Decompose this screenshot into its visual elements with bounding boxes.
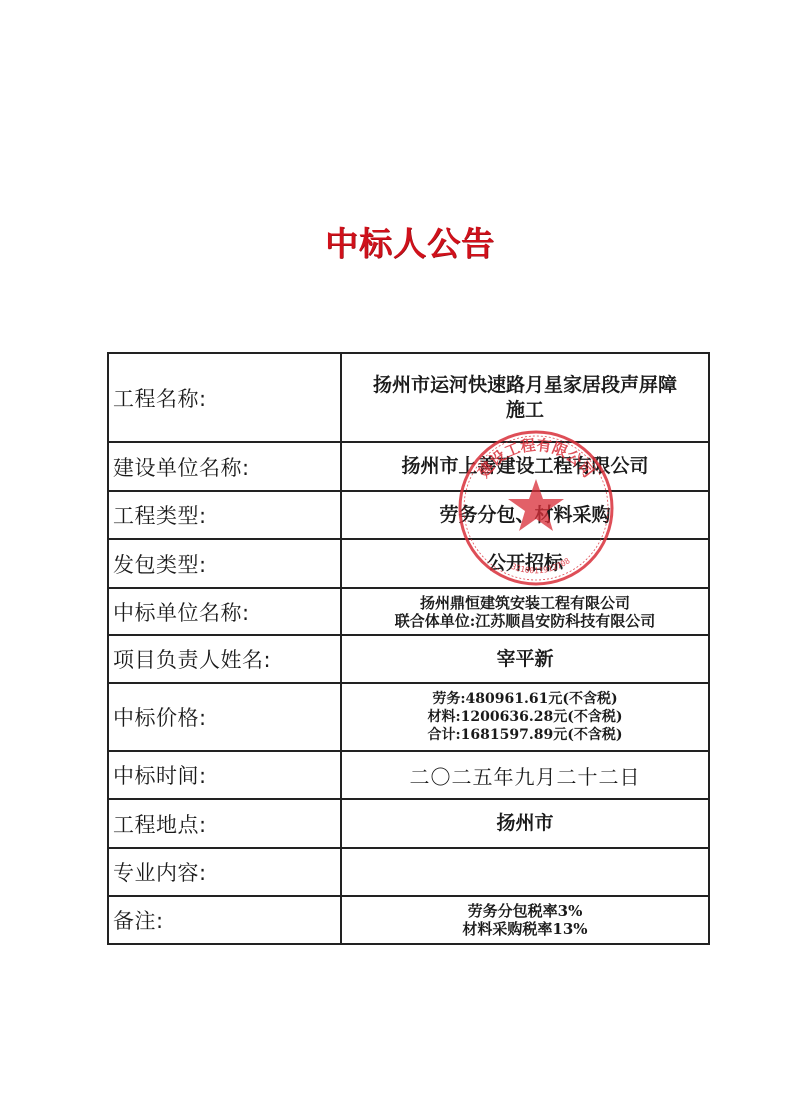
value-winning-bidder: 扬州鼎恒建筑安装工程有限公司 联合体单位:江苏顺昌安防科技有限公司 <box>341 588 709 635</box>
table-row-project-manager: 项目负责人姓名: 宰平新 <box>108 635 709 683</box>
value-line: 施工 <box>342 398 708 423</box>
value-contract-type: 公开招标 <box>341 539 709 588</box>
label-contract-type: 发包类型: <box>108 539 341 588</box>
value-line: 材料采购税率13% <box>342 920 708 938</box>
label-project-type: 工程类型: <box>108 491 341 539</box>
label-project-name: 工程名称: <box>108 353 341 442</box>
label-award-date: 中标时间: <box>108 751 341 799</box>
value-line: 劳务分包税率3% <box>342 902 708 920</box>
value-line: 合计:1681597.89元(不含税) <box>342 726 708 744</box>
table-row-award-date: 中标时间: 二〇二五年九月二十二日 <box>108 751 709 799</box>
value-project-name: 扬州市运河快速路月星家居段声屏障 施工 <box>341 353 709 442</box>
value-line: 公开招标 <box>342 551 708 576</box>
table-row-project-name: 工程名称: 扬州市运河快速路月星家居段声屏障 施工 <box>108 353 709 442</box>
table-row-winning-bidder: 中标单位名称: 扬州鼎恒建筑安装工程有限公司 联合体单位:江苏顺昌安防科技有限公… <box>108 588 709 635</box>
label-specialty: 专业内容: <box>108 848 341 896</box>
table-row-owner: 建设单位名称: 扬州市上善建设工程有限公司 <box>108 442 709 491</box>
value-line: 扬州市 <box>342 811 708 836</box>
value-remarks: 劳务分包税率3% 材料采购税率13% <box>341 896 709 944</box>
value-line: 劳务:480961.61元(不含税) <box>342 690 708 708</box>
value-line: 劳务分包、材料采购 <box>342 503 708 528</box>
table-row-location: 工程地点: 扬州市 <box>108 799 709 848</box>
label-winning-bidder: 中标单位名称: <box>108 588 341 635</box>
value-owner: 扬州市上善建设工程有限公司 <box>341 442 709 491</box>
label-owner: 建设单位名称: <box>108 442 341 491</box>
table-row-specialty: 专业内容: <box>108 848 709 896</box>
table-row-bid-price: 中标价格: 劳务:480961.61元(不含税) 材料:1200636.28元(… <box>108 683 709 751</box>
value-award-date: 二〇二五年九月二十二日 <box>341 751 709 799</box>
value-line: 材料:1200636.28元(不含税) <box>342 708 708 726</box>
label-remarks: 备注: <box>108 896 341 944</box>
label-location: 工程地点: <box>108 799 341 848</box>
value-line: 扬州市运河快速路月星家居段声屏障 <box>342 373 708 398</box>
table-row-project-type: 工程类型: 劳务分包、材料采购 <box>108 491 709 539</box>
value-bid-price: 劳务:480961.61元(不含税) 材料:1200636.28元(不含税) 合… <box>341 683 709 751</box>
table-row-remarks: 备注: 劳务分包税率3% 材料采购税率13% <box>108 896 709 944</box>
value-location: 扬州市 <box>341 799 709 848</box>
label-bid-price: 中标价格: <box>108 683 341 751</box>
announcement-table: 工程名称: 扬州市运河快速路月星家居段声屏障 施工 建设单位名称: 扬州市上善建… <box>107 352 710 945</box>
value-line: 二〇二五年九月二十二日 <box>342 761 708 790</box>
value-line: 扬州鼎恒建筑安装工程有限公司 <box>342 594 708 612</box>
page-title: 中标人公告 <box>0 218 799 265</box>
table-row-contract-type: 发包类型: 公开招标 <box>108 539 709 588</box>
value-project-type: 劳务分包、材料采购 <box>341 491 709 539</box>
label-project-manager: 项目负责人姓名: <box>108 635 341 683</box>
value-project-manager: 宰平新 <box>341 635 709 683</box>
value-specialty <box>341 848 709 896</box>
value-line: 联合体单位:江苏顺昌安防科技有限公司 <box>342 612 708 630</box>
value-line: 扬州市上善建设工程有限公司 <box>342 454 708 479</box>
value-line: 宰平新 <box>342 647 708 672</box>
